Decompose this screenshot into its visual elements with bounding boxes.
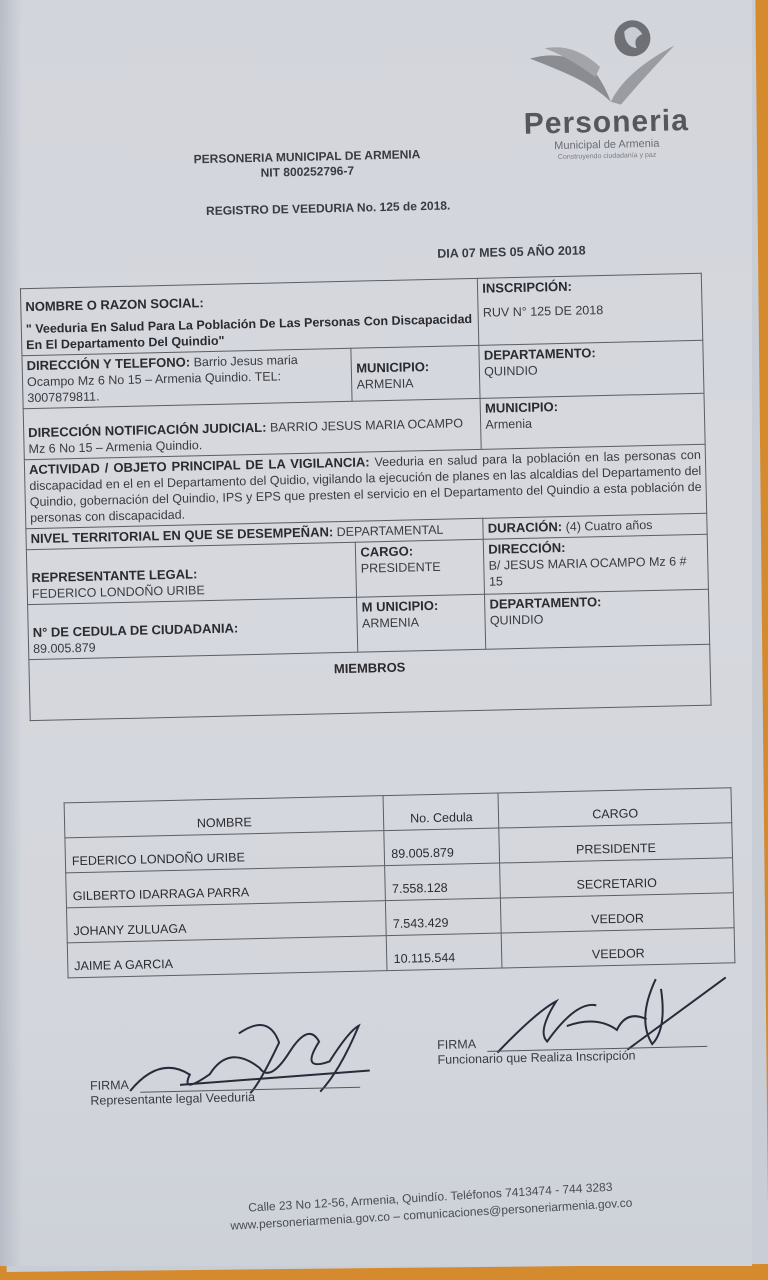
personeria-bird-hand-icon (524, 15, 686, 109)
notificacion-judicial-label: DIRECCIÓN NOTIFICACIÓN JUDICIAL: (28, 420, 267, 440)
departamento-3-value: QUINDIO (490, 608, 705, 629)
logo-wordmark: Personeria (511, 105, 702, 141)
direccion-rep-value: B/ JESUS MARIA OCAMPO Mz 6 # 15 (488, 553, 703, 590)
document-content: Personeria Municipal de Armenia Construy… (14, 0, 743, 1274)
direccion-telefono-label: DIRECCIÓN Y TELEFONO: (27, 354, 191, 373)
municipio-3-cell: M UNICIPIO: ARMENIA (357, 594, 486, 652)
member-cargo: PRESIDENTE (499, 823, 732, 863)
member-cedula: 10.115.544 (387, 933, 503, 971)
member-cargo: VEEDOR (502, 928, 735, 968)
inscripcion-cell: INSCRIPCIÓN: RUV N° 125 DE 2018 (478, 273, 703, 345)
direccion-telefono-cell: DIRECCIÓN Y TELEFONO: Barrio Jesus maria… (22, 348, 353, 408)
cargo-cell: CARGO: PRESIDENTE (356, 539, 485, 597)
nivel-territorial-value: DEPARTAMENTAL (337, 523, 444, 539)
municipio-1-cell: MUNICIPIO: ARMENIA (351, 345, 480, 401)
inscripcion-label: INSCRIPCIÓN: (482, 276, 697, 297)
duracion-value: (4) Cuatro años (565, 518, 652, 534)
member-nombre: JAIME A GARCIA (67, 936, 387, 978)
municipio-3-value: ARMENIA (362, 613, 481, 632)
municipio-2-cell: MUNICIPIO: Armenia (480, 393, 705, 449)
signature-representante: FIRMA Representante legal Veeduria (88, 1010, 390, 1117)
registry-date: DIA 07 MES 05 AÑO 2018 (437, 243, 586, 260)
firma-caption-left: Representante legal Veeduria (90, 1090, 255, 1108)
inscripcion-value: RUV N° 125 DE 2018 (483, 300, 698, 321)
departamento-1-cell: DEPARTAMENTO: QUINDIO (479, 340, 704, 398)
miembros-title: MIEMBROS (34, 653, 706, 684)
razon-social-cell: NOMBRE O RAZON SOCIAL: " Veeduria En Sal… (20, 278, 479, 355)
document-footer: Calle 23 No 12-56, Armenia, Quindío. Tel… (180, 1175, 681, 1238)
member-cedula: 7.543.429 (386, 898, 502, 936)
document-header: PERSONERIA MUNICIPAL DE ARMENIA NIT 8002… (147, 146, 468, 183)
representante-cell: REPRESENTANTE LEGAL: FEDERICO LONDOÑO UR… (26, 542, 357, 604)
cargo-value: PRESIDENTE (361, 558, 480, 577)
registry-form-table: NOMBRE O RAZON SOCIAL: " Veeduria En Sal… (20, 273, 712, 721)
municipio-1-value: ARMENIA (356, 374, 475, 393)
departamento-1-value: QUINDIO (484, 359, 699, 380)
razon-social-label: NOMBRE O RAZON SOCIAL: (25, 289, 474, 315)
members-table: NOMBRE No. Cedula CARGO FEDERICO LONDOÑO… (64, 787, 736, 978)
cedula-cell: N° DE CEDULA DE CIUDADANIA: 89.005.879 (28, 597, 359, 659)
member-cargo: VEEDOR (501, 893, 734, 933)
member-cargo: SECRETARIO (500, 858, 733, 898)
firma-label-right: FIRMA (437, 1037, 476, 1052)
signature-funcionario: FIRMA Funcionario que Realiza Inscripció… (436, 967, 738, 1074)
member-cedula: 7.558.128 (385, 863, 501, 901)
header-cargo: CARGO (498, 788, 731, 828)
header-cedula: No. Cedula (383, 793, 499, 831)
personeria-logo: Personeria Municipal de Armenia Construy… (509, 15, 702, 164)
departamento-3-cell: DEPARTAMENTO: QUINDIO (485, 589, 710, 649)
document-page: Personeria Municipal de Armenia Construy… (0, 0, 752, 1266)
direccion-rep-cell: DIRECCIÓN: B/ JESUS MARIA OCAMPO Mz 6 # … (484, 534, 709, 594)
firma-label-left: FIRMA (90, 1078, 129, 1093)
municipio-2-value: Armenia (485, 412, 700, 433)
registry-title: REGISTRO DE VEEDURIA No. 125 de 2018. (168, 198, 488, 219)
member-cedula: 89.005.879 (384, 828, 500, 866)
duracion-label: DURACIÓN: (488, 519, 563, 536)
